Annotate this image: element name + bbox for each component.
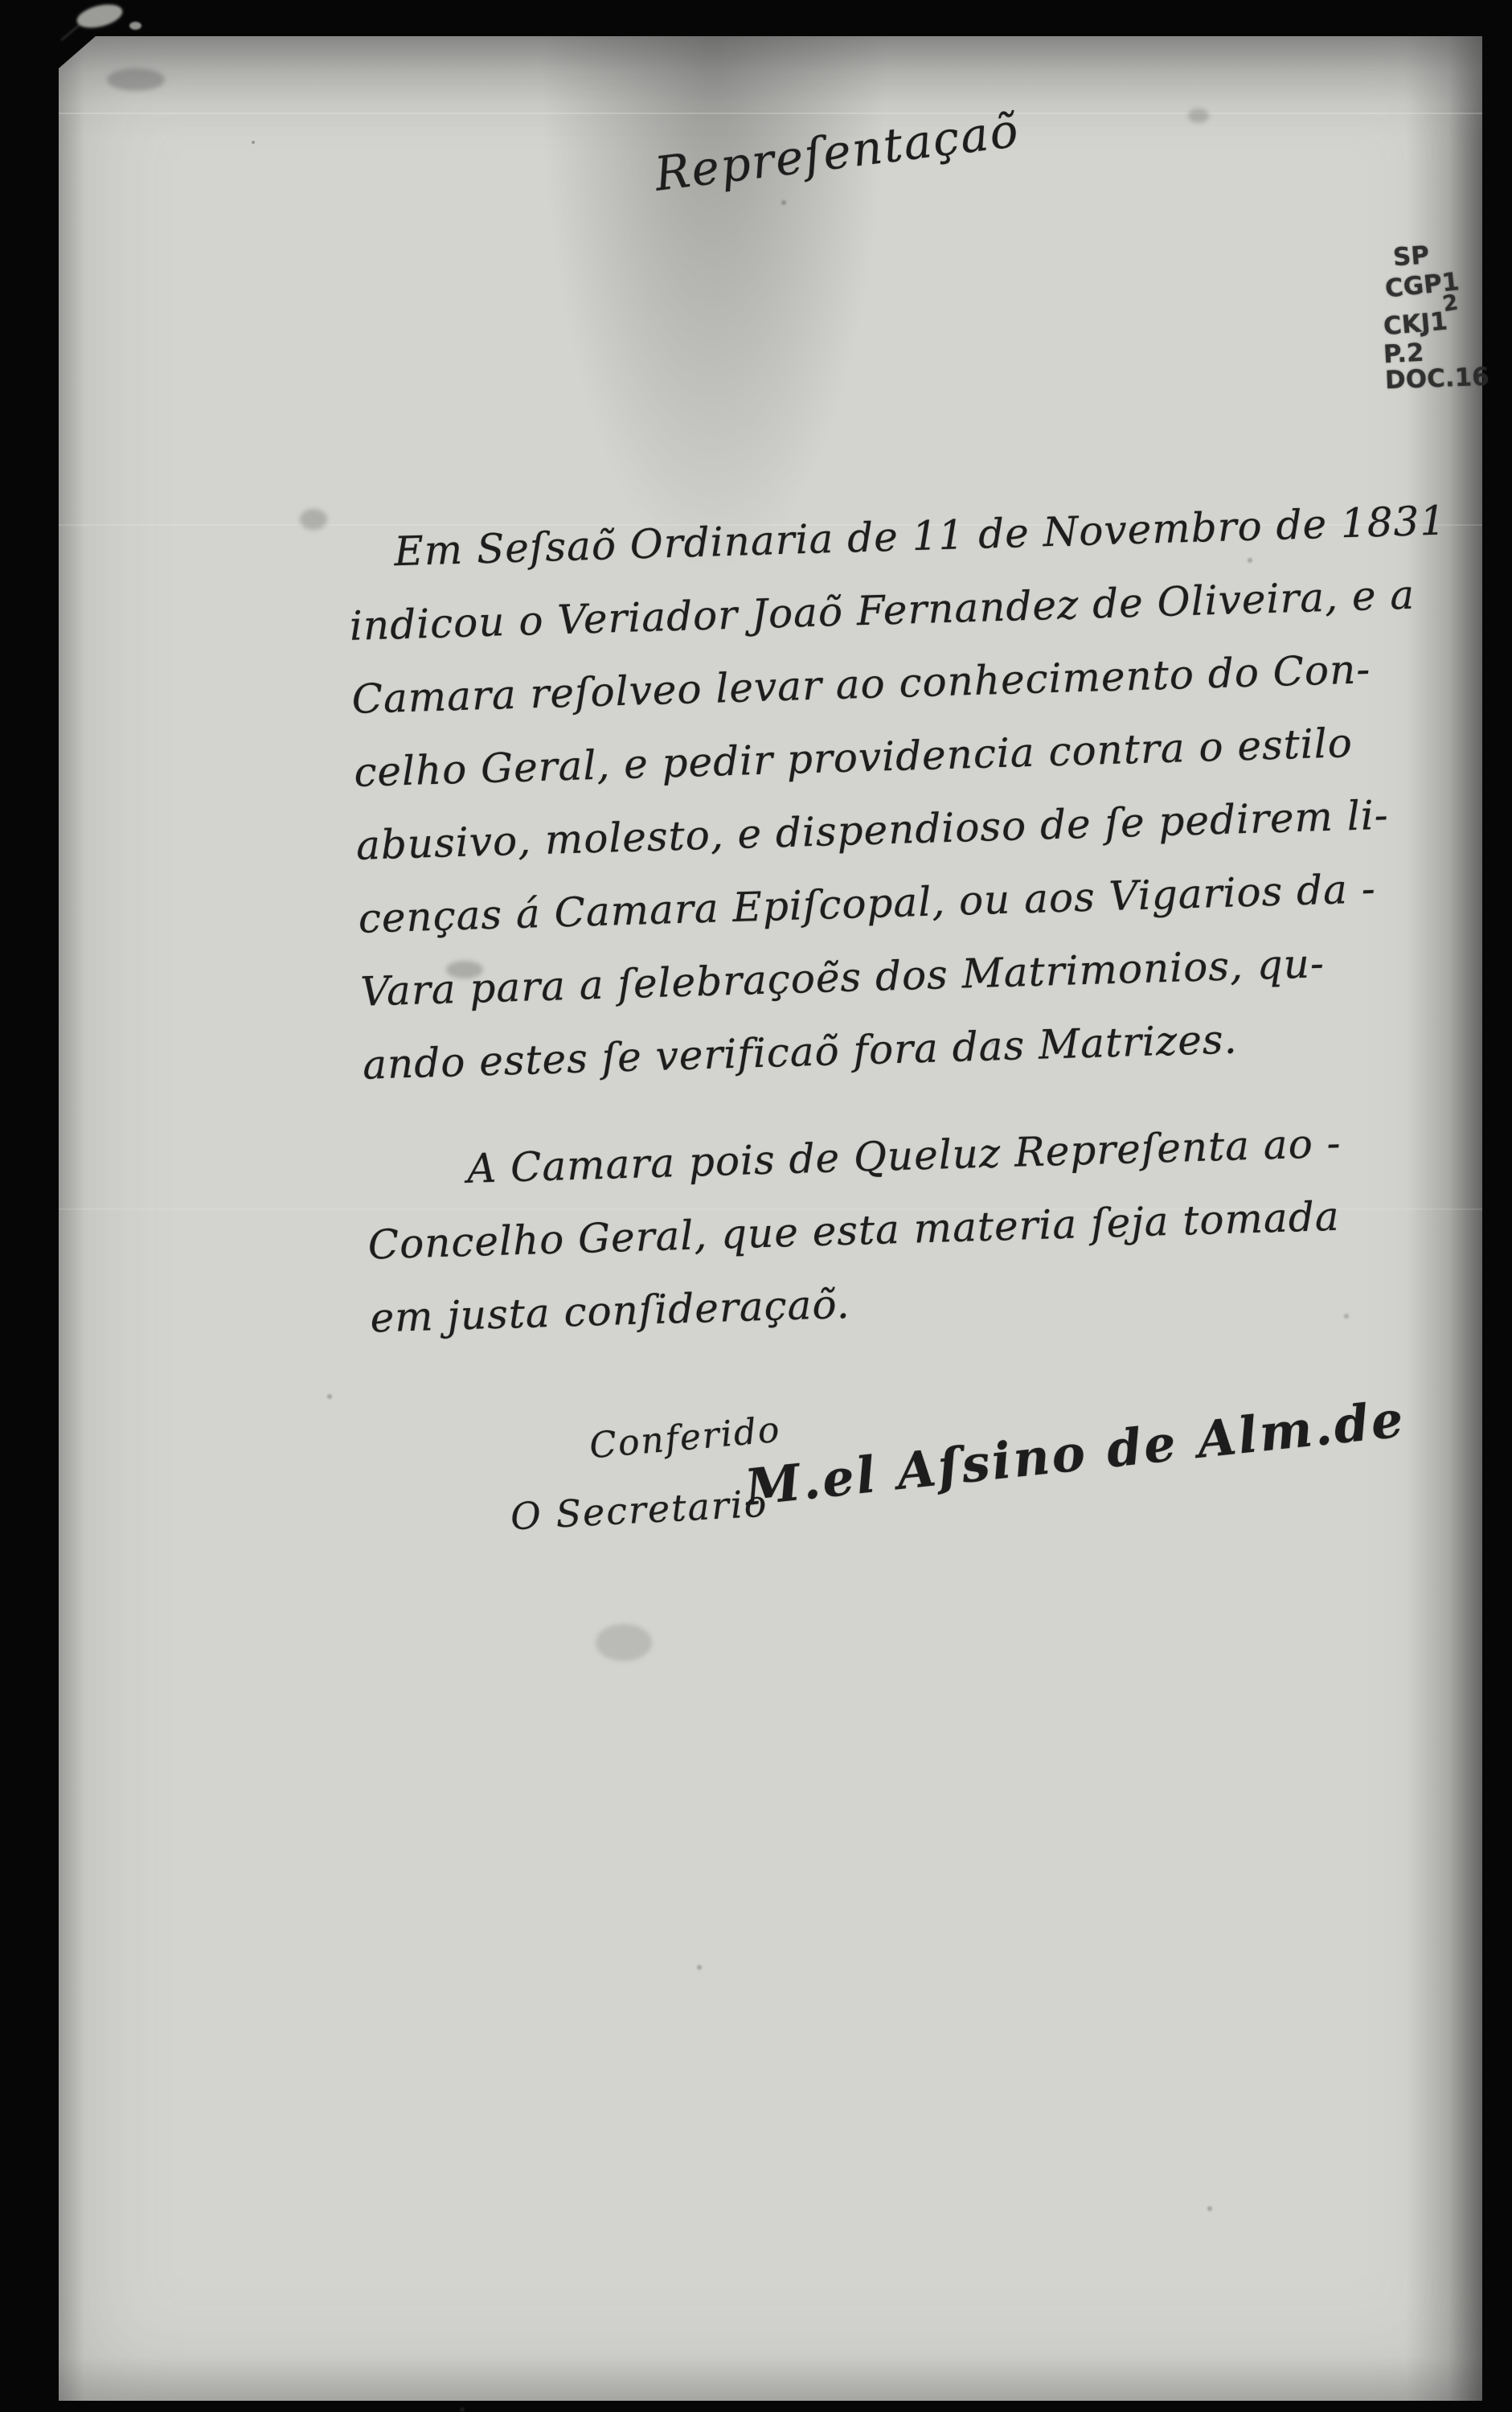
paper-fragment (75, 0, 125, 31)
paper-fragment (129, 22, 141, 30)
torn-corner (59, 36, 96, 68)
stamp-line: DOC.16 (1384, 363, 1489, 396)
scanned-document-background: Repreſentaçaõ SP CGP1 2 CKJ1 P.2 DOC.16 … (0, 0, 1512, 2412)
scan-artifact-line (59, 113, 1482, 114)
stamp-line: SP (1392, 240, 1430, 272)
paper-stain (596, 1624, 652, 1661)
paper-stain (300, 509, 327, 530)
secretary-signature: M.el Aſsino de Alm.de (742, 1389, 1408, 1517)
document-title: Repreſentaçaõ (652, 103, 1022, 202)
manuscript-body: Em Seſsaõ Ordinaria de 11 de Novembro de… (346, 483, 1512, 1356)
stamp-line: CKJ1 (1383, 307, 1449, 342)
paper-specks (252, 141, 255, 144)
paper-stain (107, 68, 165, 91)
paper-stain (1188, 109, 1209, 123)
secretary-label: O Secretario (510, 1482, 769, 1539)
manuscript-page: Repreſentaçaõ SP CGP1 2 CKJ1 P.2 DOC.16 … (59, 36, 1482, 2401)
